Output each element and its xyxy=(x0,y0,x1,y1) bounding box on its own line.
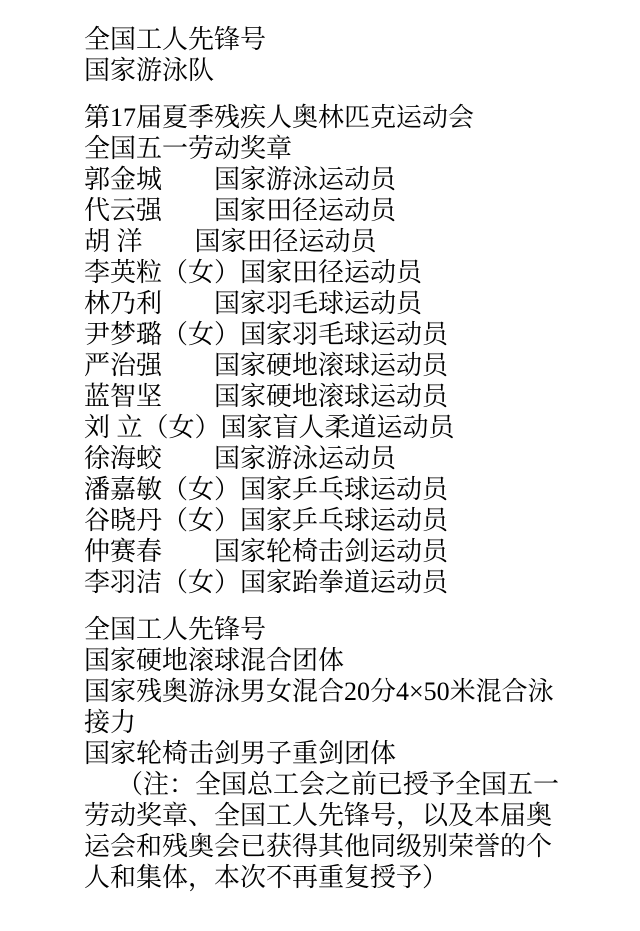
athlete-name: 刘 立 xyxy=(84,413,143,442)
athlete-title: 国家硬地滚球运动员 xyxy=(214,351,448,380)
athlete-title: 国家田径运动员 xyxy=(195,227,377,256)
athlete-row: 严治强 国家硬地滚球运动员 xyxy=(84,350,600,381)
athlete-row: 徐海蛟 国家游泳运动员 xyxy=(84,443,600,474)
athlete-separator: （女） xyxy=(162,475,240,504)
athlete-row: 潘嘉敏（女）国家乒乓球运动员 xyxy=(84,474,600,505)
athlete-row: 李羽洁（女）国家跆拳道运动员 xyxy=(84,567,600,598)
athlete-title: 国家乒乓球运动员 xyxy=(240,475,448,504)
athlete-title: 国家游泳运动员 xyxy=(214,165,396,194)
athlete-title: 国家游泳运动员 xyxy=(214,444,396,473)
athlete-title: 国家乒乓球运动员 xyxy=(240,506,448,535)
athlete-separator: （女） xyxy=(162,320,240,349)
athlete-name: 潘嘉敏 xyxy=(84,475,162,504)
athlete-separator: （女） xyxy=(143,413,221,442)
athlete-title: 国家羽毛球运动员 xyxy=(240,320,448,349)
section-gap xyxy=(84,598,600,614)
award2-title: 全国工人先锋号 xyxy=(84,614,600,645)
athlete-separator: （女） xyxy=(162,568,240,597)
award1-recipient: 国家游泳队 xyxy=(84,55,600,86)
athlete-title: 国家田径运动员 xyxy=(214,196,396,225)
team-recipient: 国家残奥游泳男女混合20分4×50米混合泳 xyxy=(84,676,600,707)
athlete-name: 林乃利 xyxy=(84,289,162,318)
athlete-title: 国家跆拳道运动员 xyxy=(240,568,448,597)
award1-title: 全国工人先锋号 xyxy=(84,24,600,55)
note-line: 劳动奖章、全国工人先锋号，以及本届奥 xyxy=(84,800,600,831)
athlete-title: 国家羽毛球运动员 xyxy=(214,289,422,318)
athlete-separator: （女） xyxy=(162,506,240,535)
athlete-title: 国家田径运动员 xyxy=(240,258,422,287)
athlete-name: 严治强 xyxy=(84,351,162,380)
athlete-name: 谷晓丹 xyxy=(84,506,162,535)
athlete-name: 徐海蛟 xyxy=(84,444,162,473)
athlete-separator xyxy=(162,444,214,473)
athlete-row: 李英粒（女）国家田径运动员 xyxy=(84,257,600,288)
athlete-row: 郭金城 国家游泳运动员 xyxy=(84,164,600,195)
team-recipient: 国家硬地滚球混合团体 xyxy=(84,645,600,676)
athlete-separator xyxy=(162,196,214,225)
athlete-separator xyxy=(162,351,214,380)
athlete-row: 林乃利 国家羽毛球运动员 xyxy=(84,288,600,319)
athlete-row: 谷晓丹（女）国家乒乓球运动员 xyxy=(84,505,600,536)
athlete-row: 胡 洋 国家田径运动员 xyxy=(84,226,600,257)
document-body: 全国工人先锋号 国家游泳队 第17届夏季残疾人奥林匹克运动会 全国五一劳动奖章 … xyxy=(0,0,640,931)
athlete-row: 代云强 国家田径运动员 xyxy=(84,195,600,226)
athlete-separator: （女） xyxy=(162,258,240,287)
athlete-separator xyxy=(162,165,214,194)
note-line: （注：全国总工会之前已授予全国五一 xyxy=(84,769,600,800)
athlete-row: 仲赛春 国家轮椅击剑运动员 xyxy=(84,536,600,567)
athlete-title: 国家盲人柔道运动员 xyxy=(221,413,455,442)
athlete-name: 李羽洁 xyxy=(84,568,162,597)
athlete-name: 代云强 xyxy=(84,196,162,225)
team-recipient: 国家轮椅击剑男子重剑团体 xyxy=(84,738,600,769)
athlete-row: 蓝智坚 国家硬地滚球运动员 xyxy=(84,381,600,412)
athlete-separator xyxy=(162,382,214,411)
athlete-row: 刘 立（女）国家盲人柔道运动员 xyxy=(84,412,600,443)
athlete-name: 仲赛春 xyxy=(84,537,162,566)
athlete-title: 国家硬地滚球运动员 xyxy=(214,382,448,411)
team-recipient-wrap: 接力 xyxy=(84,707,600,738)
athlete-separator xyxy=(162,537,214,566)
section-gap xyxy=(84,86,600,102)
athlete-name: 郭金城 xyxy=(84,165,162,194)
athlete-separator xyxy=(143,227,195,256)
athlete-name: 李英粒 xyxy=(84,258,162,287)
note-line: 人和集体，本次不再重复授予） xyxy=(84,862,600,893)
athlete-name: 蓝智坚 xyxy=(84,382,162,411)
athlete-name: 胡 洋 xyxy=(84,227,143,256)
athlete-name: 尹梦璐 xyxy=(84,320,162,349)
note-line: 运会和残奥会已获得其他同级别荣誉的个 xyxy=(84,831,600,862)
games-title: 第17届夏季残疾人奥林匹克运动会 xyxy=(84,102,600,133)
games-award-title: 全国五一劳动奖章 xyxy=(84,133,600,164)
athlete-title: 国家轮椅击剑运动员 xyxy=(214,537,448,566)
athlete-separator xyxy=(162,289,214,318)
athlete-row: 尹梦璐（女）国家羽毛球运动员 xyxy=(84,319,600,350)
